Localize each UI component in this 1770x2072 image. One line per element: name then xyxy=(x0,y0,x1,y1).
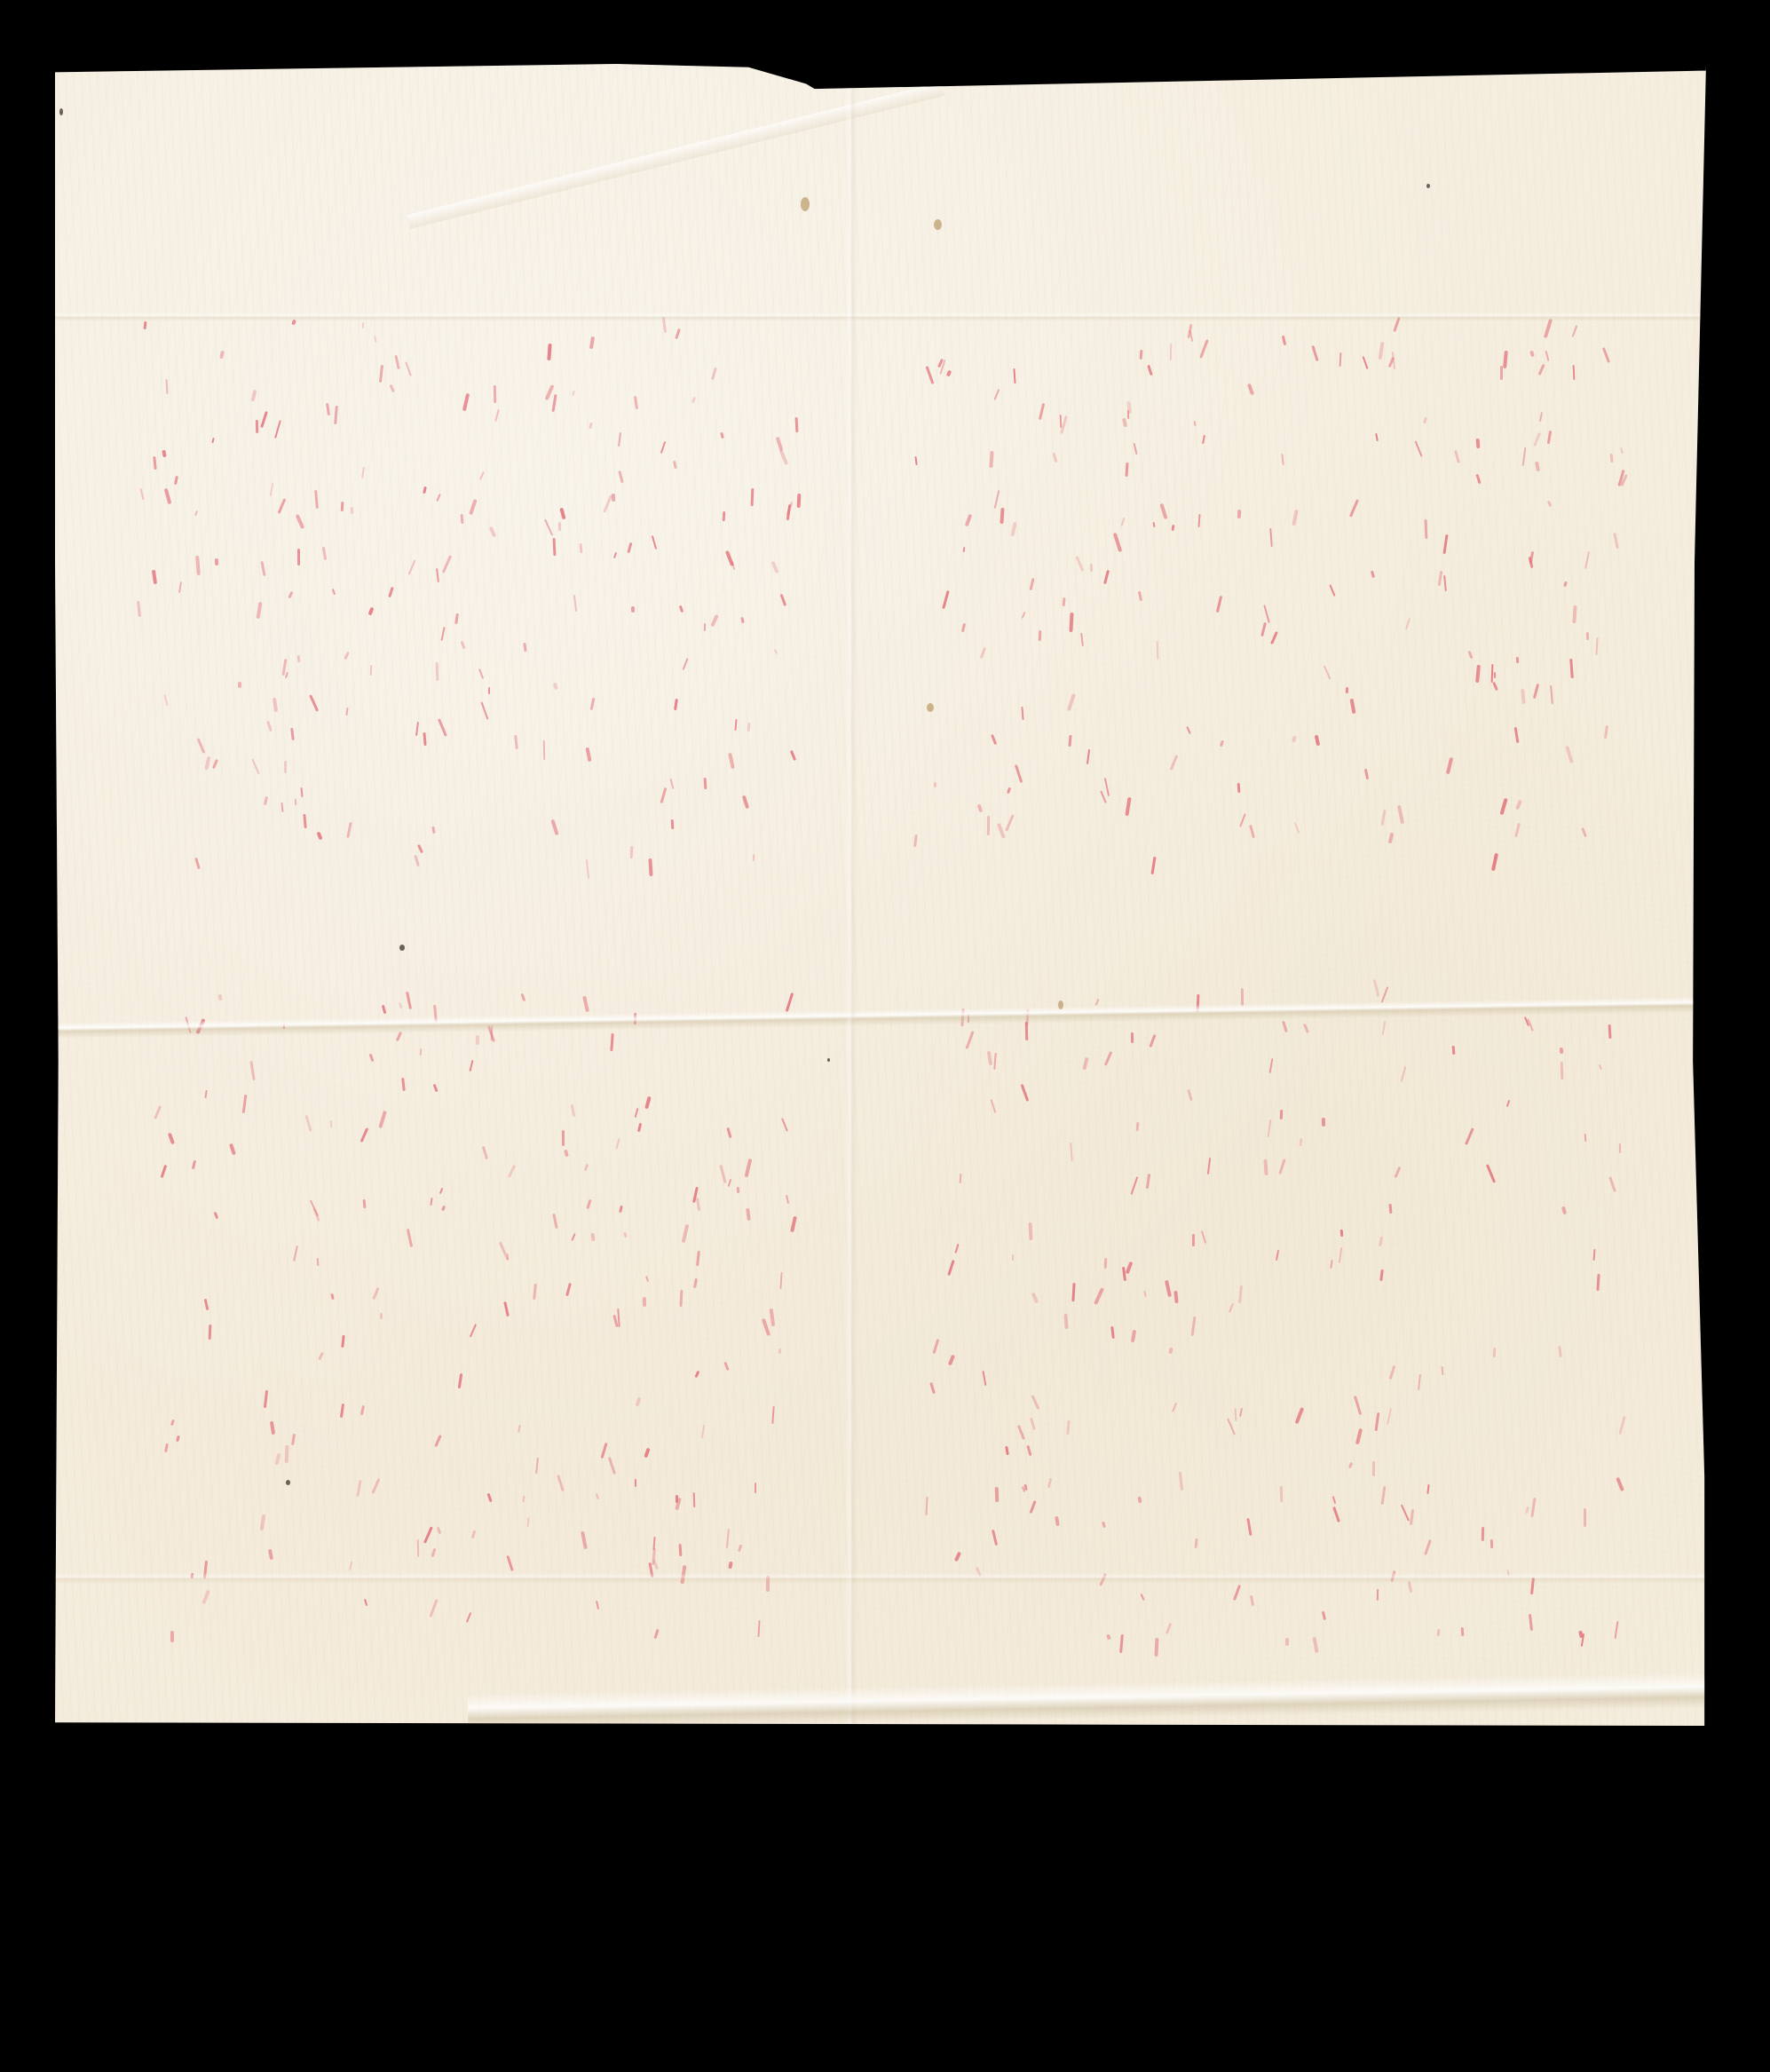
foxing-spot xyxy=(801,197,810,211)
foxing-spot xyxy=(927,703,934,712)
lower-fold-line xyxy=(55,1573,1706,1584)
dark-speck xyxy=(1426,184,1430,188)
dark-speck xyxy=(827,1058,830,1062)
dark-speck xyxy=(399,945,405,951)
dark-speck xyxy=(59,108,63,115)
foxing-spot xyxy=(1058,1000,1063,1009)
vertical-crease xyxy=(845,64,857,1726)
dark-speck xyxy=(286,1480,290,1485)
paper-sheet xyxy=(55,64,1706,1726)
foxing-spot xyxy=(934,219,942,230)
upper-fold-line xyxy=(55,312,1706,321)
